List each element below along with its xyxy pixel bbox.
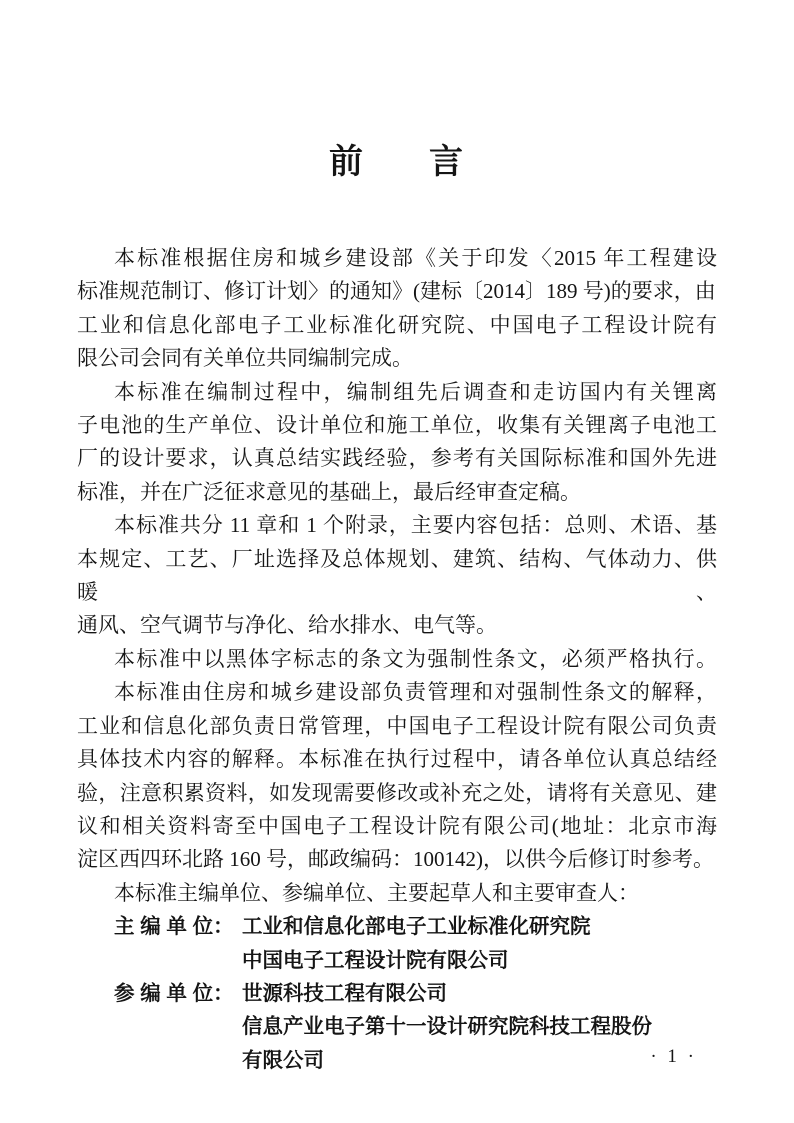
paragraph-6: 本标准主编单位、参编单位、主要起草人和主要审查人：: [77, 877, 717, 910]
chief-editor-label: 主 编 单 位：: [114, 910, 242, 943]
co-editor-unit: 信息产业电子第十一设计研究院科技工程股份: [77, 1010, 717, 1043]
body-line: 验，注意积累资料，如发现需要修改或补充之处，请将有关意见、建: [77, 777, 717, 810]
editor-units: 主 编 单 位： 工业和信息化部电子工业标准化研究院 中国电子工程设计院有限公司…: [77, 910, 717, 1077]
paragraph-1: 本标准根据住房和城乡建设部《关于印发〈2015 年工程建设 标准规范制订、修订计…: [77, 242, 717, 376]
body-line: 议和相关资料寄至中国电子工程设计院有限公司(地址：北京市海: [77, 810, 717, 843]
chief-editor-row: 主 编 单 位： 工业和信息化部电子工业标准化研究院: [77, 910, 717, 943]
body-line: 厂的设计要求，认真总结实践经验，参考有关国际标准和国外先进: [77, 442, 717, 475]
co-editor-unit: 有限公司: [77, 1044, 717, 1077]
body-line: 子电池的生产单位、设计单位和施工单位，收集有关锂离子电池工: [77, 409, 717, 442]
body-line: 标准，并在广泛征求意见的基础上，最后经审查定稿。: [77, 476, 717, 509]
body-line: 淀区西四环北路 160 号，邮政编码：100142)，以供今后修订时参考。: [77, 843, 717, 876]
page-title: 前 言: [0, 140, 794, 186]
body-line: 通风、空气调节与净化、给水排水、电气等。: [77, 609, 717, 642]
body-line: 本标准在编制过程中，编制组先后调查和走访国内有关锂离: [77, 376, 717, 409]
paragraph-2: 本标准在编制过程中，编制组先后调查和走访国内有关锂离 子电池的生产单位、设计单位…: [77, 376, 717, 510]
paragraph-4: 本标准中以黑体字标志的条文为强制性条文，必须严格执行。: [77, 643, 717, 676]
body-line: 本标准由住房和城乡建设部负责管理和对强制性条文的解释，: [77, 676, 717, 709]
title-char-left: 前: [329, 140, 365, 186]
body-line: 具体技术内容的解释。本标准在执行过程中，请各单位认真总结经: [77, 743, 717, 776]
body-line: 工业和信息化部电子工业标准化研究院、中国电子工程设计院有: [77, 309, 717, 342]
paragraph-3: 本标准共分 11 章和 1 个附录，主要内容包括：总则、术语、基 本规定、工艺、…: [77, 509, 717, 643]
co-editor-row: 参 编 单 位： 世源科技工程有限公司: [77, 977, 717, 1010]
body-line: 本标准主编单位、参编单位、主要起草人和主要审查人：: [77, 877, 717, 910]
body-line: 本标准根据住房和城乡建设部《关于印发〈2015 年工程建设: [77, 242, 717, 275]
co-editor-unit: 世源科技工程有限公司: [242, 977, 447, 1010]
body-line: 限公司会同有关单位共同编制完成。: [77, 342, 717, 375]
body-line: 本标准中以黑体字标志的条文为强制性条文，必须严格执行。: [77, 643, 717, 676]
page-number: · 1 ·: [650, 1046, 697, 1068]
body-line: 标准规范制订、修订计划〉的通知》(建标〔2014〕189 号)的要求，由: [77, 275, 717, 308]
document-page: 前 言 本标准根据住房和城乡建设部《关于印发〈2015 年工程建设 标准规范制订…: [0, 0, 794, 1123]
co-editor-label: 参 编 单 位：: [114, 977, 242, 1010]
chief-editor-unit: 工业和信息化部电子工业标准化研究院: [242, 910, 591, 943]
body-line: 本规定、工艺、厂址选择及总体规划、建筑、结构、气体动力、供暖、: [77, 543, 717, 610]
body-line: 工业和信息化部负责日常管理，中国电子工程设计院有限公司负责: [77, 710, 717, 743]
foreword-body: 本标准根据住房和城乡建设部《关于印发〈2015 年工程建设 标准规范制订、修订计…: [77, 242, 717, 1077]
paragraph-5: 本标准由住房和城乡建设部负责管理和对强制性条文的解释， 工业和信息化部负责日常管…: [77, 676, 717, 876]
title-char-right: 言: [429, 140, 465, 186]
chief-editor-unit: 中国电子工程设计院有限公司: [77, 944, 717, 977]
body-line: 本标准共分 11 章和 1 个附录，主要内容包括：总则、术语、基: [77, 509, 717, 542]
